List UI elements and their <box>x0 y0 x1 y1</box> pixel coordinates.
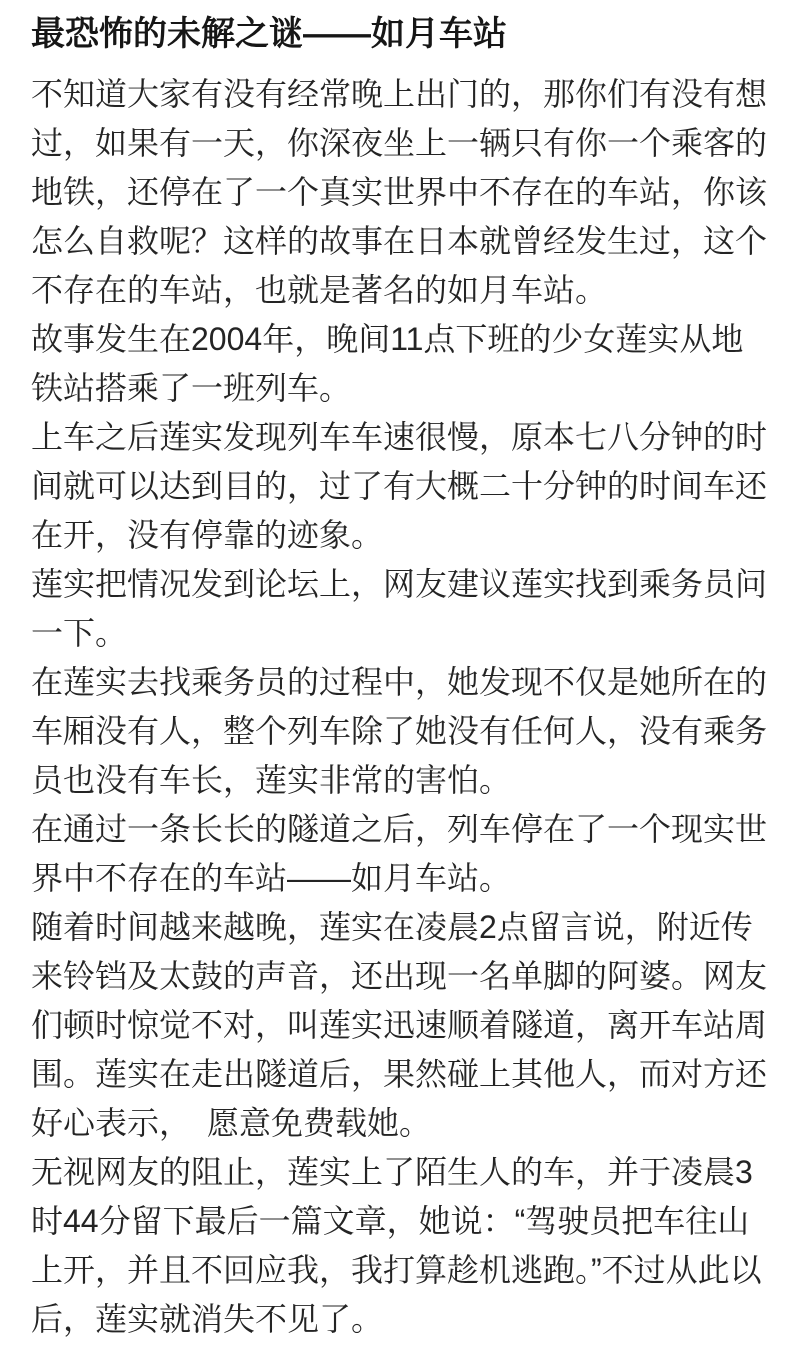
article-paragraph: 故事发生在2004年，晚间11点下班的少女莲实从地铁站搭乘了一班列车。 <box>31 315 771 413</box>
article-paragraph: 在莲实去找乘务员的过程中，她发现不仅是她所在的车厢没有人，整个列车除了她没有任何… <box>31 658 771 805</box>
article-page: 最恐怖的未解之谜——如月车站 不知道大家有没有经常晚上出门的，那你们有没有想过，… <box>0 0 800 1364</box>
article-paragraph: 不知道大家有没有经常晚上出门的，那你们有没有想过，如果有一天，你深夜坐上一辆只有… <box>31 70 771 315</box>
article-body: 不知道大家有没有经常晚上出门的，那你们有没有想过，如果有一天，你深夜坐上一辆只有… <box>31 70 771 1344</box>
article-paragraph: 无视网友的阻止，莲实上了陌生人的车，并于凌晨3时44分留下最后一篇文章，她说：“… <box>31 1148 771 1344</box>
article-paragraph: 上车之后莲实发现列车车速很慢，原本七八分钟的时间就可以达到目的，过了有大概二十分… <box>31 413 771 560</box>
article-paragraph: 随着时间越来越晚，莲实在凌晨2点留言说，附近传来铃铛及太鼓的声音，还出现一名单脚… <box>31 903 771 1148</box>
article-paragraph: 在通过一条长长的隧道之后，列车停在了一个现实世界中不存在的车站——如月车站。 <box>31 805 771 903</box>
article-title: 最恐怖的未解之谜——如月车站 <box>31 10 771 58</box>
article-paragraph: 莲实把情况发到论坛上，网友建议莲实找到乘务员问一下。 <box>31 560 771 658</box>
